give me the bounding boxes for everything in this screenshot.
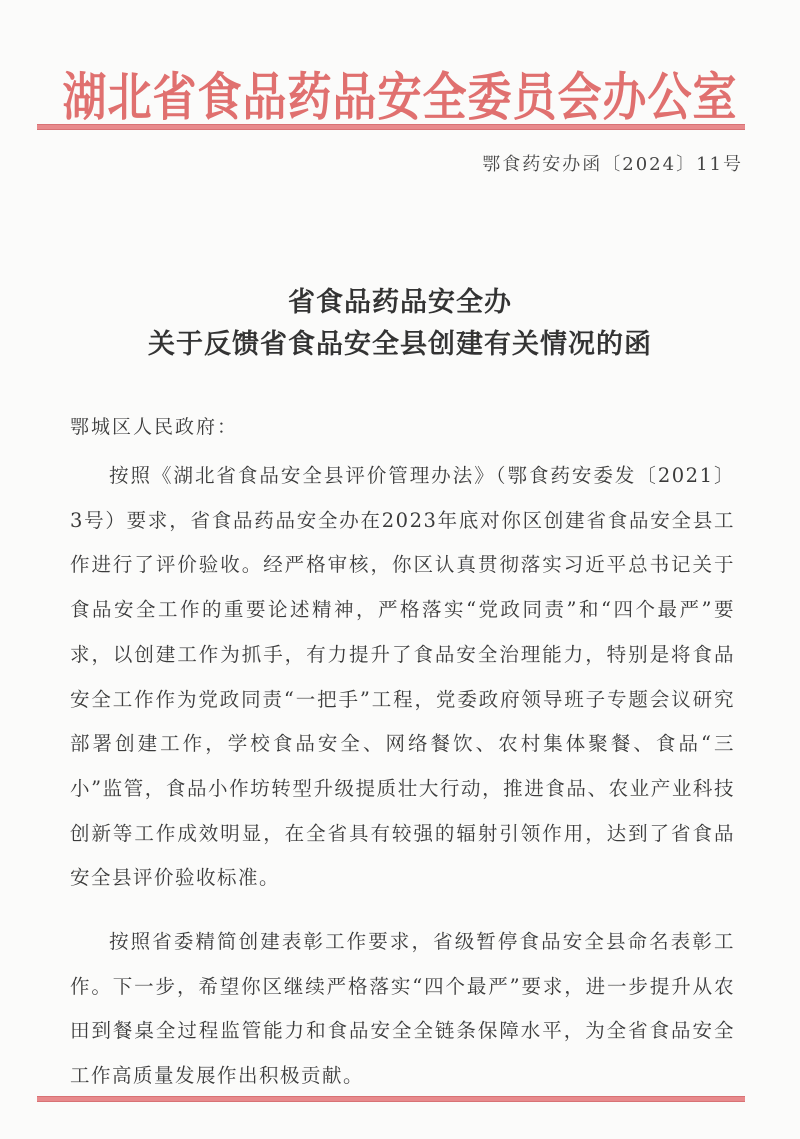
addressee: 鄂城区人民政府： bbox=[70, 412, 238, 439]
organization-header: 湖北省食品药品安全委员会办公室 bbox=[0, 55, 800, 131]
document-title-line2: 关于反馈省食品安全县创建有关情况的函 bbox=[0, 322, 800, 361]
document-title-line1: 省食品药品安全办 bbox=[0, 280, 800, 319]
footer-divider bbox=[37, 1096, 745, 1102]
body-paragraph: 按照省委精简创建表彰工作要求，省级暂停食品安全县命名表彰工作。下一步，希望你区继… bbox=[70, 920, 735, 1099]
body-paragraph: 按照《湖北省食品安全县评价管理办法》（鄂食药安委发〔2021〕3号）要求，省食品… bbox=[70, 454, 735, 901]
header-divider bbox=[37, 124, 745, 130]
document-number: 鄂食药安办函〔2024〕11号 bbox=[482, 150, 743, 176]
